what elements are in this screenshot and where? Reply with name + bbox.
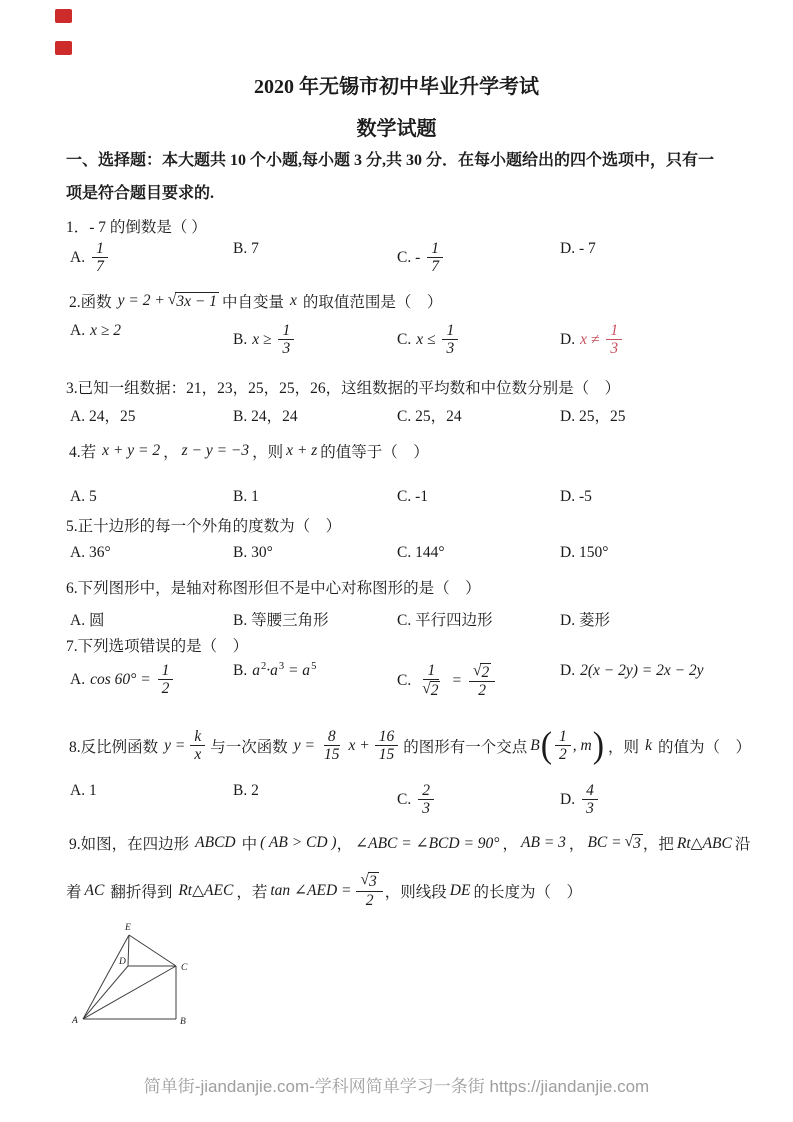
- q7-option-d: D.2(x − 2y) = 2x − 2y: [560, 662, 704, 680]
- fraction: 12: [555, 728, 571, 764]
- q4-option-c: C. -1: [397, 488, 428, 506]
- q5-option-d: D. 150°: [560, 544, 608, 562]
- fraction: √3 2: [356, 872, 382, 909]
- question-4-stem: 4.若 x + y = 2 ， z − y = −3 ，则 x + z 的值等于…: [66, 440, 765, 462]
- sqrt-expression: √3: [625, 834, 643, 853]
- q5-option-c: C. 144°: [397, 544, 445, 562]
- question-2-stem: 2.函数 y = 2 + √3x − 1 中自变量 x 的取值范围是（ ）: [66, 290, 765, 312]
- sqrt-expression: √3x − 1: [168, 292, 219, 311]
- vertex-label-B: B: [180, 1017, 186, 1027]
- red-placeholder-icon: [55, 41, 72, 55]
- q6-option-c: C. 平行四边形: [397, 608, 493, 630]
- q1-option-c: C. - 17: [397, 240, 445, 276]
- q3-option-c: C. 25，24: [397, 404, 462, 426]
- q2-option-a: A.x ≥ 2: [70, 322, 121, 340]
- page-title: 2020 年无锡市初中毕业升学考试: [0, 70, 793, 99]
- q3-option-a: A. 24，25: [70, 404, 135, 426]
- fraction: 17: [427, 240, 443, 276]
- page-subtitle: 数学试题: [0, 112, 793, 141]
- q4-option-a: A. 5: [70, 488, 97, 506]
- q1-option-b: B. 7: [233, 240, 259, 258]
- q2-option-d-highlighted: D.x ≠ 13: [560, 322, 624, 358]
- edge-EC: [129, 935, 176, 966]
- q8-option-d: D. 43: [560, 782, 600, 818]
- quadrilateral-fold-diagram: A B C D E: [64, 920, 234, 1042]
- q6-option-d: D. 菱形: [560, 608, 610, 630]
- left-paren: (: [541, 729, 552, 762]
- section-intro-line2: 项是符合题目要求的.: [66, 180, 763, 203]
- fraction: 12: [158, 662, 174, 698]
- vertex-label-E: E: [124, 923, 131, 933]
- question-3-options: A. 24，25 B. 24，24 C. 25，24 D. 25，25: [0, 404, 793, 430]
- vertex-label-D: D: [118, 957, 126, 967]
- question-6-stem: 6.下列图形中，是轴对称图形但不是中心对称图形的是（ ）: [66, 576, 765, 598]
- question-1-options: A. 17 B. 7 C. - 17 D. - 7: [0, 240, 793, 290]
- q7-option-c: C. 1 √2 = √2 2: [397, 662, 497, 700]
- q3-option-b: B. 24，24: [233, 404, 298, 426]
- question-2-options: A.x ≥ 2 B.x ≥ 13 C.x ≤ 13 D.x ≠ 13: [0, 322, 793, 372]
- fraction: √2 2: [469, 663, 495, 700]
- option-label: A.: [70, 249, 85, 267]
- question-8-options: A. 1 B. 2 C. 23 D. 43: [0, 782, 793, 832]
- sqrt-expression: √3: [360, 872, 378, 891]
- question-3-stem: 3.已知一组数据：21，23，25，25，26，这组数据的平均数和中位数分别是（…: [66, 376, 765, 398]
- q4-option-d: D. -5: [560, 488, 592, 506]
- fraction: 17: [92, 240, 108, 276]
- question-7-stem: 7.下列选项错误的是（ ）: [66, 634, 765, 656]
- edge-DE: [128, 935, 129, 966]
- red-placeholder-icon: [55, 9, 72, 23]
- fraction: 13: [278, 322, 294, 358]
- fraction: 13: [442, 322, 458, 358]
- question-1-stem: 1．- 7 的倒数是（ ）: [66, 215, 765, 237]
- q5-option-a: A. 36°: [70, 544, 111, 562]
- question-9-line1: 9.如图，在四边形 ABCD 中 ( AB > CD ) ， ∠ABC = ∠B…: [66, 832, 765, 854]
- question-8-stem: 8.反比例函数 y = kx 与一次函数 y = 815 x + 1615 的图…: [66, 728, 765, 764]
- fraction: 1 √2: [418, 662, 444, 700]
- vertex-label-C: C: [181, 963, 188, 973]
- q4-option-b: B. 1: [233, 488, 259, 506]
- q7-option-a: A.cos 60° = 12: [70, 662, 175, 698]
- question-6-options: A. 圆 B. 等腰三角形 C. 平行四边形 D. 菱形: [0, 608, 793, 634]
- q1-option-d: D. - 7: [560, 240, 596, 258]
- fraction: 13: [606, 322, 622, 358]
- question-4-options: A. 5 B. 1 C. -1 D. -5: [0, 488, 793, 514]
- section-intro-line1: 一、选择题：本大题共 10 个小题,每小题 3 分,共 30 分．在每小题给出的…: [66, 147, 763, 170]
- q6-option-b: B. 等腰三角形: [233, 608, 329, 630]
- option-label: C. -: [397, 249, 420, 267]
- fraction: 1615: [375, 728, 399, 764]
- q1-option-a: A. 17: [70, 240, 110, 276]
- question-5-stem: 5.正十边形的每一个外角的度数为（ ）: [66, 514, 765, 536]
- sqrt-expression: √2: [422, 681, 440, 700]
- fraction: 815: [320, 728, 344, 764]
- q8-option-a: A. 1: [70, 782, 97, 800]
- fraction: 23: [418, 782, 434, 818]
- fraction: kx: [190, 728, 205, 764]
- q2-option-c: C.x ≤ 13: [397, 322, 460, 358]
- q8-option-b: B. 2: [233, 782, 259, 800]
- question-9-line2: 着 AC 翻折得到 Rt△AEC ，若 tan ∠AED = √3 2 ，则线段…: [66, 872, 765, 909]
- q5-option-b: B. 30°: [233, 544, 273, 562]
- right-paren: ): [593, 729, 604, 762]
- q2-option-b: B.x ≥ 13: [233, 322, 296, 358]
- q8-option-c: C. 23: [397, 782, 436, 818]
- question-5-options: A. 36° B. 30° C. 144° D. 150°: [0, 544, 793, 570]
- watermark-footer: 简单街-jiandanjie.com-学科网简单学习一条街 https://ji…: [0, 1072, 793, 1097]
- edge-AD: [83, 966, 128, 1019]
- q3-option-d: D. 25，25: [560, 404, 625, 426]
- question-7-options: A.cos 60° = 12 B. a2·a3 = a5 C. 1 √2 = √…: [0, 662, 793, 720]
- q6-option-a: A. 圆: [70, 608, 104, 630]
- fraction: 43: [582, 782, 598, 818]
- exam-page: 2020 年无锡市初中毕业升学考试 数学试题 一、选择题：本大题共 10 个小题…: [0, 0, 793, 1122]
- sqrt-expression: √2: [473, 663, 491, 682]
- vertex-label-A: A: [71, 1016, 78, 1026]
- q7-option-b: B. a2·a3 = a5: [233, 662, 316, 680]
- geometry-figure: A B C D E: [64, 920, 234, 1042]
